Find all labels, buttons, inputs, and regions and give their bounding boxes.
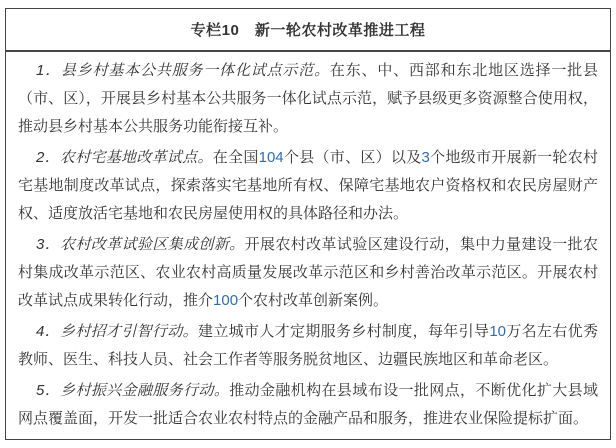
highlight-number: 3	[422, 149, 430, 166]
paragraph-lead: 2．农村宅基地改革试点。	[36, 149, 213, 166]
paragraph-text: 个农村改革创新案例。	[238, 292, 388, 309]
document-page: { "panel": { "title": "专栏10 新一轮农村改革推进工程"…	[0, 0, 616, 448]
highlight-number: 104	[259, 149, 284, 166]
paragraph-text: 在全国	[213, 149, 259, 166]
paragraph: 2．农村宅基地改革试点。在全国104个县（市、区）以及3个地级市开展新一轮农村宅…	[18, 144, 598, 228]
highlight-number: 100	[213, 292, 238, 309]
paragraph-lead: 3．农村改革试验区集成创新。	[36, 236, 245, 253]
paragraph: 3．农村改革试验区集成创新。开展农村改革试验区建设行动，集中力量建设一批农村集成…	[18, 231, 598, 315]
panel-body: 1．县乡村基本公共服务一体化试点示范。在东、中、西部和东北地区选择一批县（市、区…	[6, 51, 610, 433]
paragraph-lead: 5．乡村振兴金融服务行动。	[36, 382, 229, 399]
paragraph-text: 建立城市人才定期服务乡村制度，每年引导	[198, 323, 489, 340]
highlight-number: 10	[489, 323, 506, 340]
paragraph: 4．乡村招才引智行动。建立城市人才定期服务乡村制度，每年引导10万名左右优秀教师…	[18, 318, 598, 374]
paragraph: 1．县乡村基本公共服务一体化试点示范。在东、中、西部和东北地区选择一批县（市、区…	[18, 57, 598, 141]
paragraph-lead: 4．乡村招才引智行动。	[36, 323, 198, 340]
paragraph: 5．乡村振兴金融服务行动。推动金融机构在县域布设一批网点，不断优化扩大县域网点覆…	[18, 377, 598, 433]
panel-title: 专栏10 新一轮农村改革推进工程	[6, 9, 610, 51]
column-panel: 专栏10 新一轮农村改革推进工程 1．县乡村基本公共服务一体化试点示范。在东、中…	[5, 8, 611, 440]
paragraph-text: 个县（市、区）以及	[284, 149, 422, 166]
paragraph-lead: 1．县乡村基本公共服务一体化试点示范。	[36, 62, 330, 79]
